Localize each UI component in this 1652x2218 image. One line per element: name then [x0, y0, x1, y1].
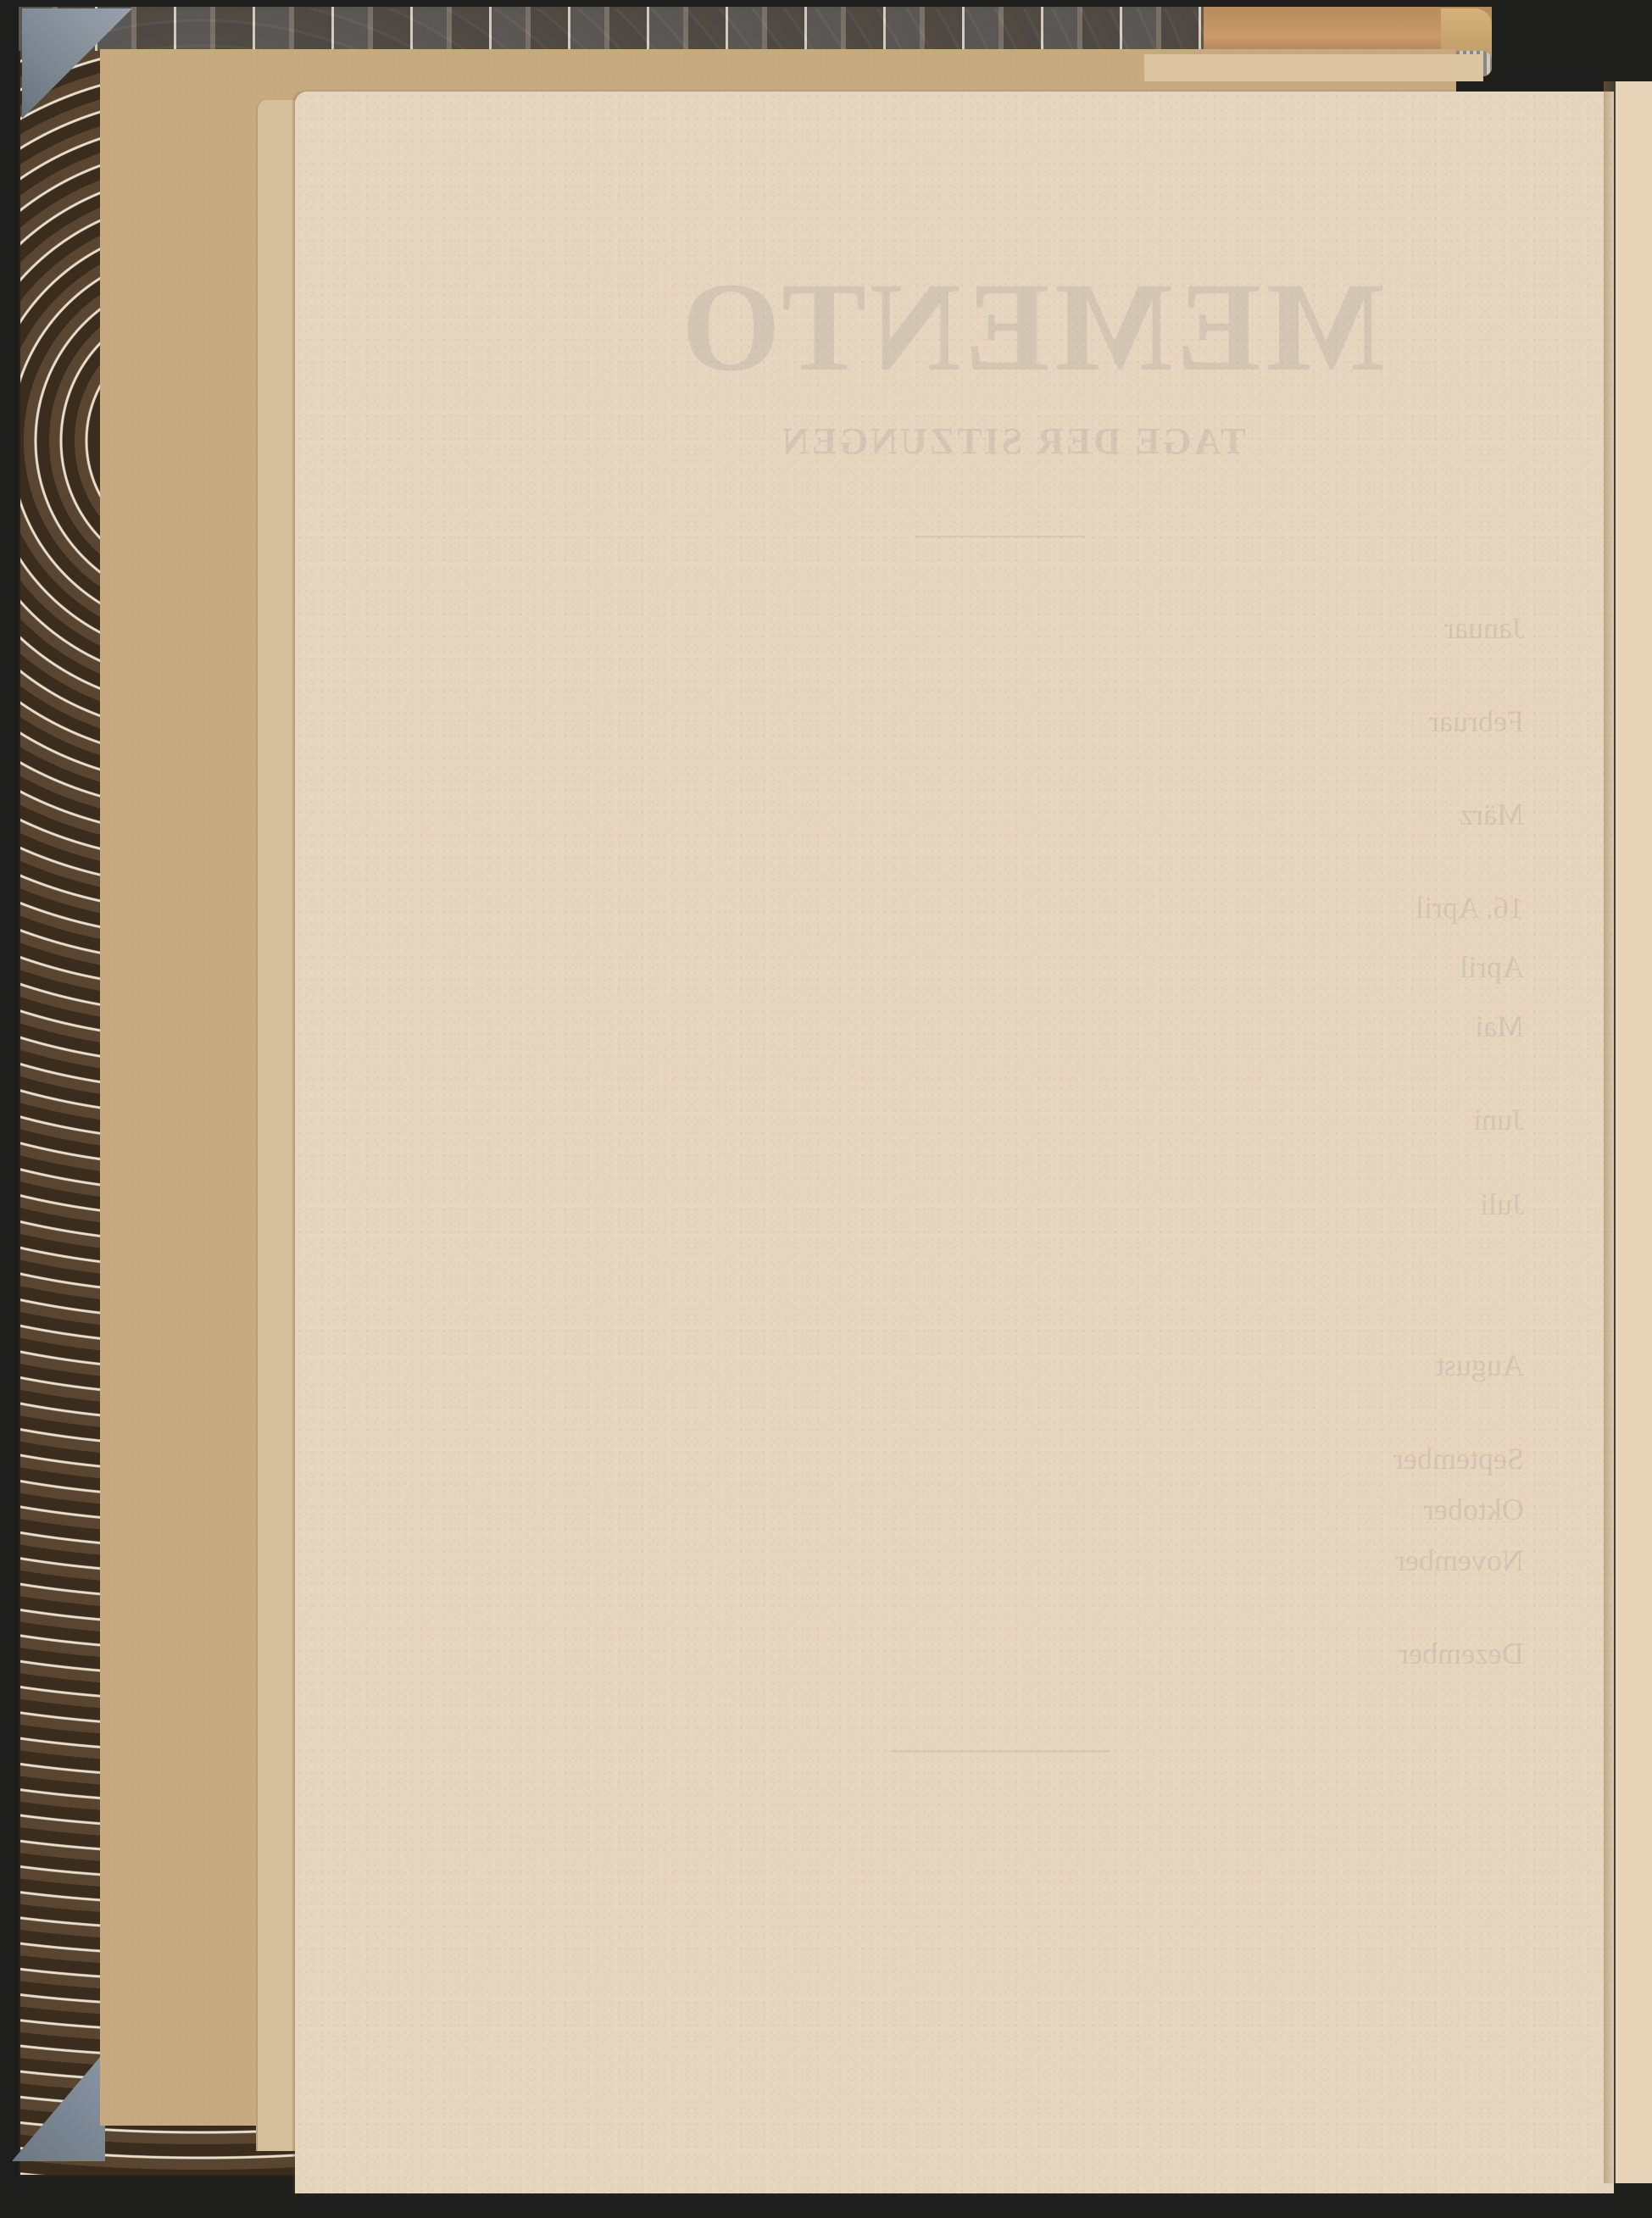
showthrough-entry: Februar	[1429, 703, 1524, 739]
showthrough-entry: Mai	[1475, 1009, 1524, 1044]
showthrough-rule	[915, 536, 1085, 537]
showthrough-entry: 16. April	[1416, 890, 1524, 926]
showthrough-entry: Dezember	[1399, 1636, 1524, 1671]
showthrough-entry: August	[1436, 1348, 1524, 1383]
facing-page-edge	[1616, 81, 1652, 2183]
endpaper-top-band	[1144, 54, 1483, 81]
gutter-shadow	[1604, 81, 1616, 2183]
marbled-board-top-edge	[19, 7, 1205, 51]
showthrough-entry: November	[1395, 1543, 1524, 1578]
showthrough-bottom-rule	[890, 1750, 1110, 1753]
showthrough-entry: Juni	[1473, 1102, 1524, 1137]
blank-flyleaf: MEMENTO TAGE DER SITZUNGEN Januar Februa…	[295, 92, 1614, 2193]
showthrough-entry: März	[1460, 797, 1524, 832]
showthrough-subtitle: TAGE DER SITZUNGEN	[780, 420, 1246, 463]
showthrough-entry: Oktober	[1424, 1492, 1524, 1527]
showthrough-title: MEMENTO	[678, 254, 1385, 400]
showthrough-entry: Januar	[1444, 610, 1524, 646]
showthrough-entry: Juli	[1480, 1187, 1524, 1222]
showthrough-entry: April	[1460, 949, 1524, 985]
showthrough-entry: September	[1393, 1441, 1524, 1476]
